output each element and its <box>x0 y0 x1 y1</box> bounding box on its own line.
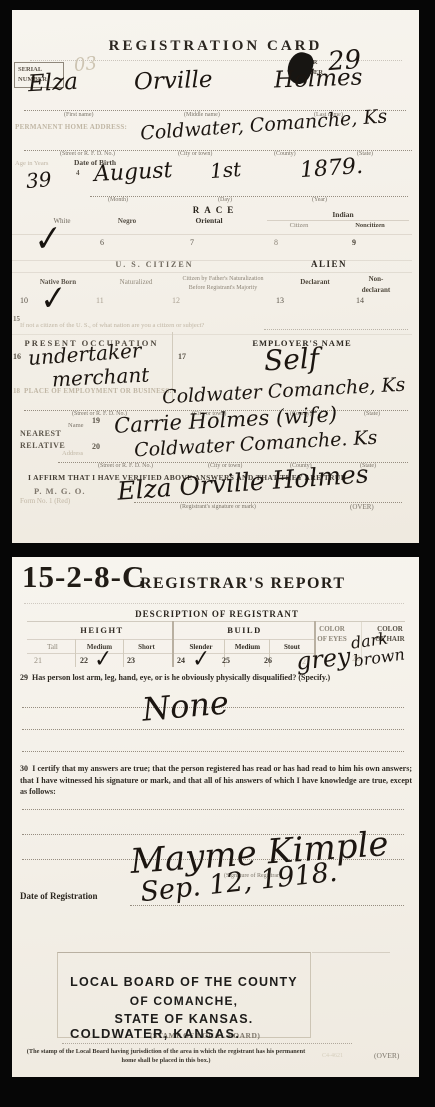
registrant-signature-sublabel: (Registrant's signature or mark) <box>180 504 256 510</box>
citizen-header-rule <box>12 272 412 273</box>
stamp-line-1: LOCAL BOARD OF THE COUNTY <box>60 975 308 989</box>
short-number: 23 <box>127 656 135 665</box>
registration-date-label: Date of Registration <box>20 891 97 901</box>
race-negro-label: Negro <box>97 217 157 225</box>
question30-body: I certify that my answers are true; that… <box>20 764 412 796</box>
date-of-birth-item-number: 4 <box>76 169 80 177</box>
slender-number: 24 <box>177 656 185 665</box>
employer-value: Self <box>263 342 320 378</box>
age-label: Age in Years <box>15 160 48 167</box>
build-medium-label: Medium <box>225 643 270 651</box>
line15-number: 15 <box>13 315 20 323</box>
name-first-value: Elza <box>27 69 78 98</box>
col-divider-1 <box>75 639 76 667</box>
q30-rule-1 <box>22 809 404 810</box>
short-label: Short <box>124 643 169 651</box>
stamp-line-3: STATE OF KANSAS. <box>60 1012 308 1026</box>
place-of-employment-label: PLACE OF EMPLOYMENT OR BUSINESS: <box>24 387 172 395</box>
build-slender-checkmark-icon: ✓ <box>192 647 211 672</box>
relative-address-number: 20 <box>92 442 100 451</box>
age-value: 39 <box>25 167 52 193</box>
first-name-sublabel: (First name) <box>64 112 94 118</box>
stout-number: 26 <box>264 656 272 665</box>
height-medium-checkmark-icon: ✓ <box>94 647 113 672</box>
description-title: DESCRIPTION OF REGISTRANT <box>112 609 322 619</box>
nondeclarant-number: 14 <box>356 296 364 305</box>
birth-day-value: 1st <box>209 157 242 183</box>
table-top-rule <box>27 621 405 622</box>
indian-rule <box>267 220 409 221</box>
table-sub-rule <box>27 653 314 654</box>
print-code: C4-4621 <box>322 1053 343 1059</box>
stamp-box-top-extension <box>312 952 390 953</box>
pmgo-label: P. M. G. O. <box>34 486 86 496</box>
father-naturalization-label: Citizen by Father's Naturalization Befor… <box>162 275 284 293</box>
race-indian-label: Indian <box>280 210 406 219</box>
question29-answer: None <box>141 683 231 728</box>
report-title-rule <box>24 603 404 604</box>
alien-title: ALIEN <box>294 259 364 269</box>
race-indian-noncitizen-label: Noncitizen <box>338 222 402 229</box>
eyes-value: grey <box>295 642 352 676</box>
report-title: REGISTRAR'S REPORT <box>140 575 346 593</box>
relative-street-sublabel: (Street or R. F. D. No.) <box>98 463 153 469</box>
birth-month-value: August <box>93 158 173 187</box>
stamp-rule <box>62 1043 352 1044</box>
nondeclarant-label: Non- declarant <box>350 274 402 295</box>
race-indian-citizen-label: Citizen <box>270 222 328 229</box>
race-row-rule <box>12 234 412 235</box>
relative-address-label: Address <box>62 450 83 457</box>
card2-over-label: (OVER) <box>374 1051 399 1060</box>
relative-name-number: 19 <box>92 416 100 425</box>
day-sublabel: (Day) <box>218 197 232 203</box>
relative-name-label: Name <box>68 422 84 429</box>
question30-number: 30 <box>20 764 28 773</box>
tall-label: Tall <box>30 643 75 651</box>
address-street-sublabel: (Street or R. F. D. No.) <box>60 151 115 157</box>
q29-rule-3 <box>22 751 404 752</box>
race-oriental-number: 7 <box>190 238 194 247</box>
q29-rule-2 <box>22 729 404 730</box>
question29-number: 29 <box>20 673 28 682</box>
col-divider-2 <box>123 639 124 667</box>
name-middle-value: Orville <box>134 67 213 96</box>
registration-card: REGISTRATION CARD SERIAL NUMBER 03 ORDER… <box>12 10 419 543</box>
place-of-employment-number: 18 <box>13 387 20 395</box>
line15-question: If not a citizen of the U. S., of what n… <box>20 322 204 329</box>
occupation-top-rule <box>12 334 412 335</box>
month-sublabel: (Month) <box>108 197 128 203</box>
dob-rule <box>90 196 408 197</box>
question29-body: Has person lost arm, leg, hand, eye, or … <box>32 673 330 682</box>
name-last-value: Holmes <box>274 64 363 93</box>
question29-text: 29 Has person lost arm, leg, hand, eye, … <box>20 673 412 683</box>
father-naturalization-number: 12 <box>172 296 180 305</box>
tall-number: 21 <box>34 656 42 665</box>
naturalized-number: 11 <box>96 296 104 305</box>
employer-number: 17 <box>178 352 186 361</box>
race-oriental-label: Oriental <box>174 216 244 225</box>
date-rule <box>130 905 404 906</box>
card1-over-label: (OVER) <box>350 503 374 511</box>
home-address-label: PERMANENT HOME ADDRESS: <box>15 123 127 131</box>
home-address-value: Coldwater, Comanche, Ks <box>140 105 388 144</box>
native-born-number: 10 <box>20 296 28 305</box>
birth-year-value: 1879. <box>299 154 364 183</box>
declarant-label: Declarant <box>284 278 346 286</box>
race-negro-number: 6 <box>100 238 104 247</box>
hair-value: dark brown <box>350 628 406 670</box>
table-mid-rule <box>27 639 314 640</box>
question30-text: 30 I certify that my answers are true; t… <box>20 763 412 798</box>
form-number-label: Form No. 1 (Red) <box>20 497 70 505</box>
height-medium-number: 22 <box>80 656 88 665</box>
registrars-report-card: 15-2-8-C REGISTRAR'S REPORT DESCRIPTION … <box>12 557 419 1077</box>
registrant-signature-value: Elza Orville Holmes <box>116 459 369 505</box>
place-state-sublabel: (State) <box>364 411 380 417</box>
race-indian-noncitizen-number: 9 <box>352 238 356 247</box>
build-medium-number: 25 <box>222 656 230 665</box>
scan-background: REGISTRATION CARD SERIAL NUMBER 03 ORDER… <box>0 0 435 1107</box>
address-city-sublabel: (City or town) <box>178 151 212 157</box>
race-white-checkmark-icon: ✓ <box>34 219 63 258</box>
height-header: HEIGHT <box>32 625 172 635</box>
year-sublabel: (Year) <box>312 197 327 203</box>
stamp-line-4: COLDWATER, KANSAS. <box>70 1026 240 1041</box>
build-header: BUILD <box>177 625 312 635</box>
race-indian-citizen-number: 8 <box>274 238 278 247</box>
place-of-employment-value: Coldwater Comanche, Ks <box>162 374 406 409</box>
address-county-sublabel: (County) <box>274 151 296 157</box>
declarant-number: 13 <box>276 296 284 305</box>
line15-rule <box>264 329 408 330</box>
us-citizen-title: U. S. CITIZEN <box>87 260 222 269</box>
report-code: 15-2-8-C <box>22 559 145 595</box>
occupation-number: 16 <box>13 352 21 361</box>
nearest-relative-label: NEAREST RELATIVE <box>20 428 65 452</box>
stamp-line-2: OF COMANCHE, <box>60 994 308 1008</box>
stamp-note: (The stamp of the Local Board having jur… <box>26 1048 306 1065</box>
native-born-checkmark-icon: ✓ <box>40 280 68 317</box>
col-divider-3 <box>172 621 174 667</box>
